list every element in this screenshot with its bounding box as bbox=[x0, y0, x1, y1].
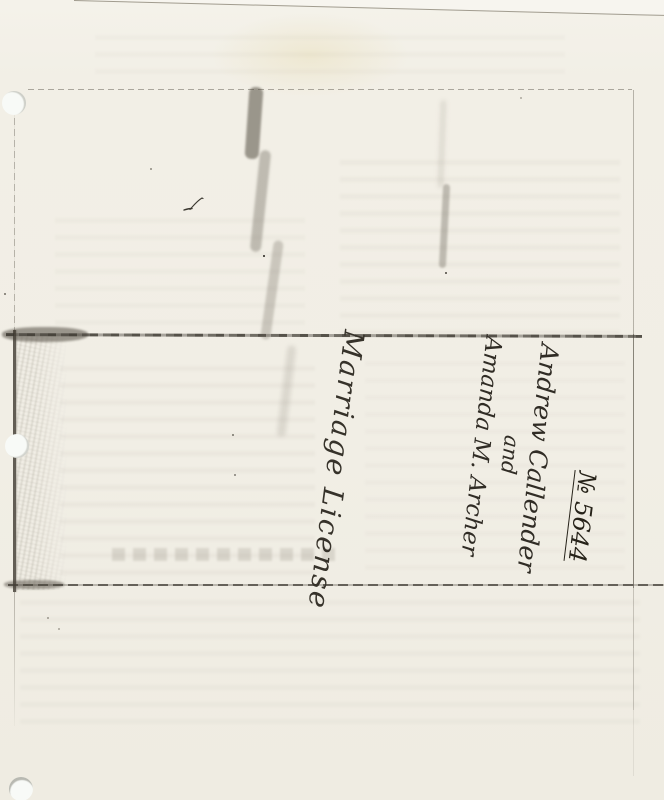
fold-line-upper bbox=[6, 333, 642, 338]
charcoal-streak bbox=[245, 87, 264, 160]
ghost-text-band bbox=[340, 150, 620, 335]
punch-hole-top bbox=[2, 91, 26, 115]
document-border-right bbox=[633, 90, 634, 776]
punch-hole-bottom bbox=[9, 777, 33, 800]
edge-mottling bbox=[16, 336, 68, 590]
ghost-text-band bbox=[60, 355, 315, 575]
scanned-document-page: № 5644 Andrew Callender and Amanda M. Ar… bbox=[0, 0, 664, 800]
document-border-left-upper bbox=[14, 92, 15, 334]
document-border-top bbox=[28, 89, 632, 90]
ghost-text-band bbox=[20, 596, 640, 724]
ghost-text-band bbox=[95, 28, 565, 74]
scanner-background-strip bbox=[0, 0, 664, 20]
pencil-tick-mark bbox=[182, 196, 206, 214]
ghost-text-line bbox=[112, 548, 340, 561]
document-border-left-lower bbox=[14, 592, 15, 726]
punch-hole-middle bbox=[5, 434, 29, 458]
ink-speckles bbox=[0, 0, 2, 2]
handwritten-and: and bbox=[496, 434, 524, 476]
